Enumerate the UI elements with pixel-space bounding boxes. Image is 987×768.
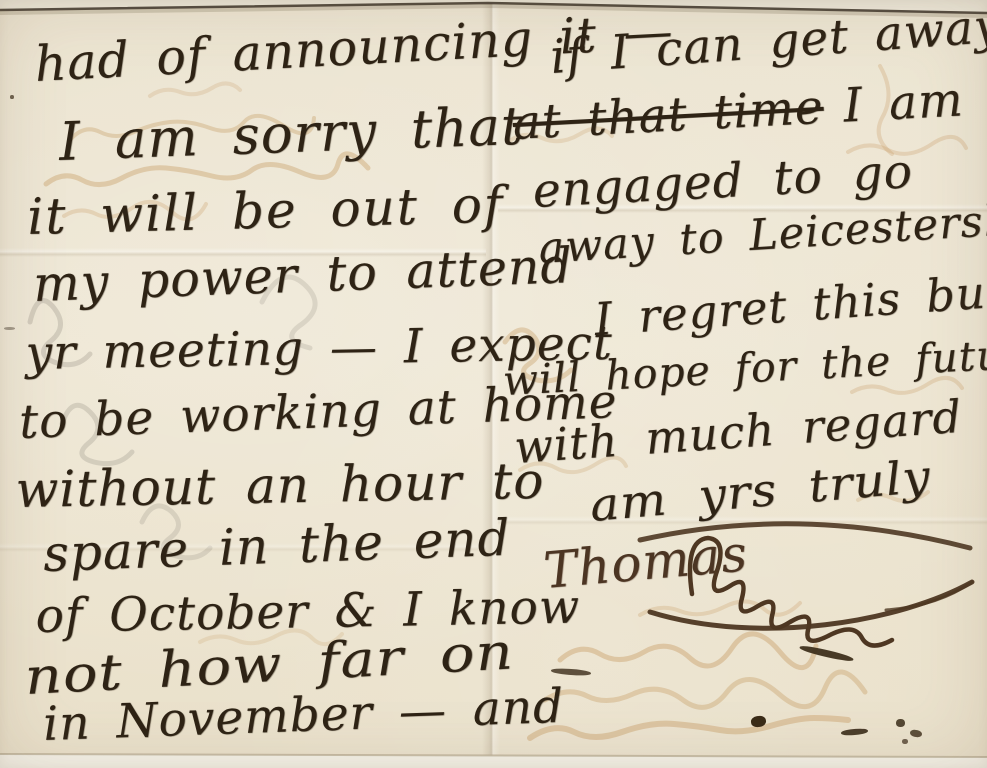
letter-paper: had of announcing it — I am sorry that i… [0, 0, 987, 768]
ink-speck [902, 739, 908, 744]
bleedthrough-stroke [530, 718, 848, 738]
bleedthrough-stroke [545, 672, 865, 707]
ink-smudge [750, 715, 766, 728]
handwritten-line-with-strikethrough: at that timeI am [512, 76, 965, 147]
handwritten-line: spare in the end [42, 513, 511, 579]
pencil-mark [4, 327, 15, 330]
ink-speck [10, 95, 14, 99]
ink-smudge [551, 668, 591, 677]
handwritten-line: it will be out of [27, 180, 505, 242]
ink-smudge [799, 644, 854, 663]
ink-smudge [841, 728, 868, 736]
ink-speck [909, 729, 922, 738]
bleedthrough-stroke [560, 634, 816, 668]
signature-first-name: Thomas [542, 528, 750, 596]
bleedthrough-stroke [640, 601, 800, 615]
ink-speck [896, 719, 905, 727]
handwritten-line: I am sorry that [58, 100, 524, 169]
handwritten-line: without an hour to [15, 456, 545, 515]
letter-scan: had of announcing it — I am sorry that i… [0, 0, 987, 768]
handwritten-line: I regret this but [593, 268, 987, 342]
line-remainder: I am [842, 72, 965, 133]
struck-words: at that time [511, 80, 825, 151]
